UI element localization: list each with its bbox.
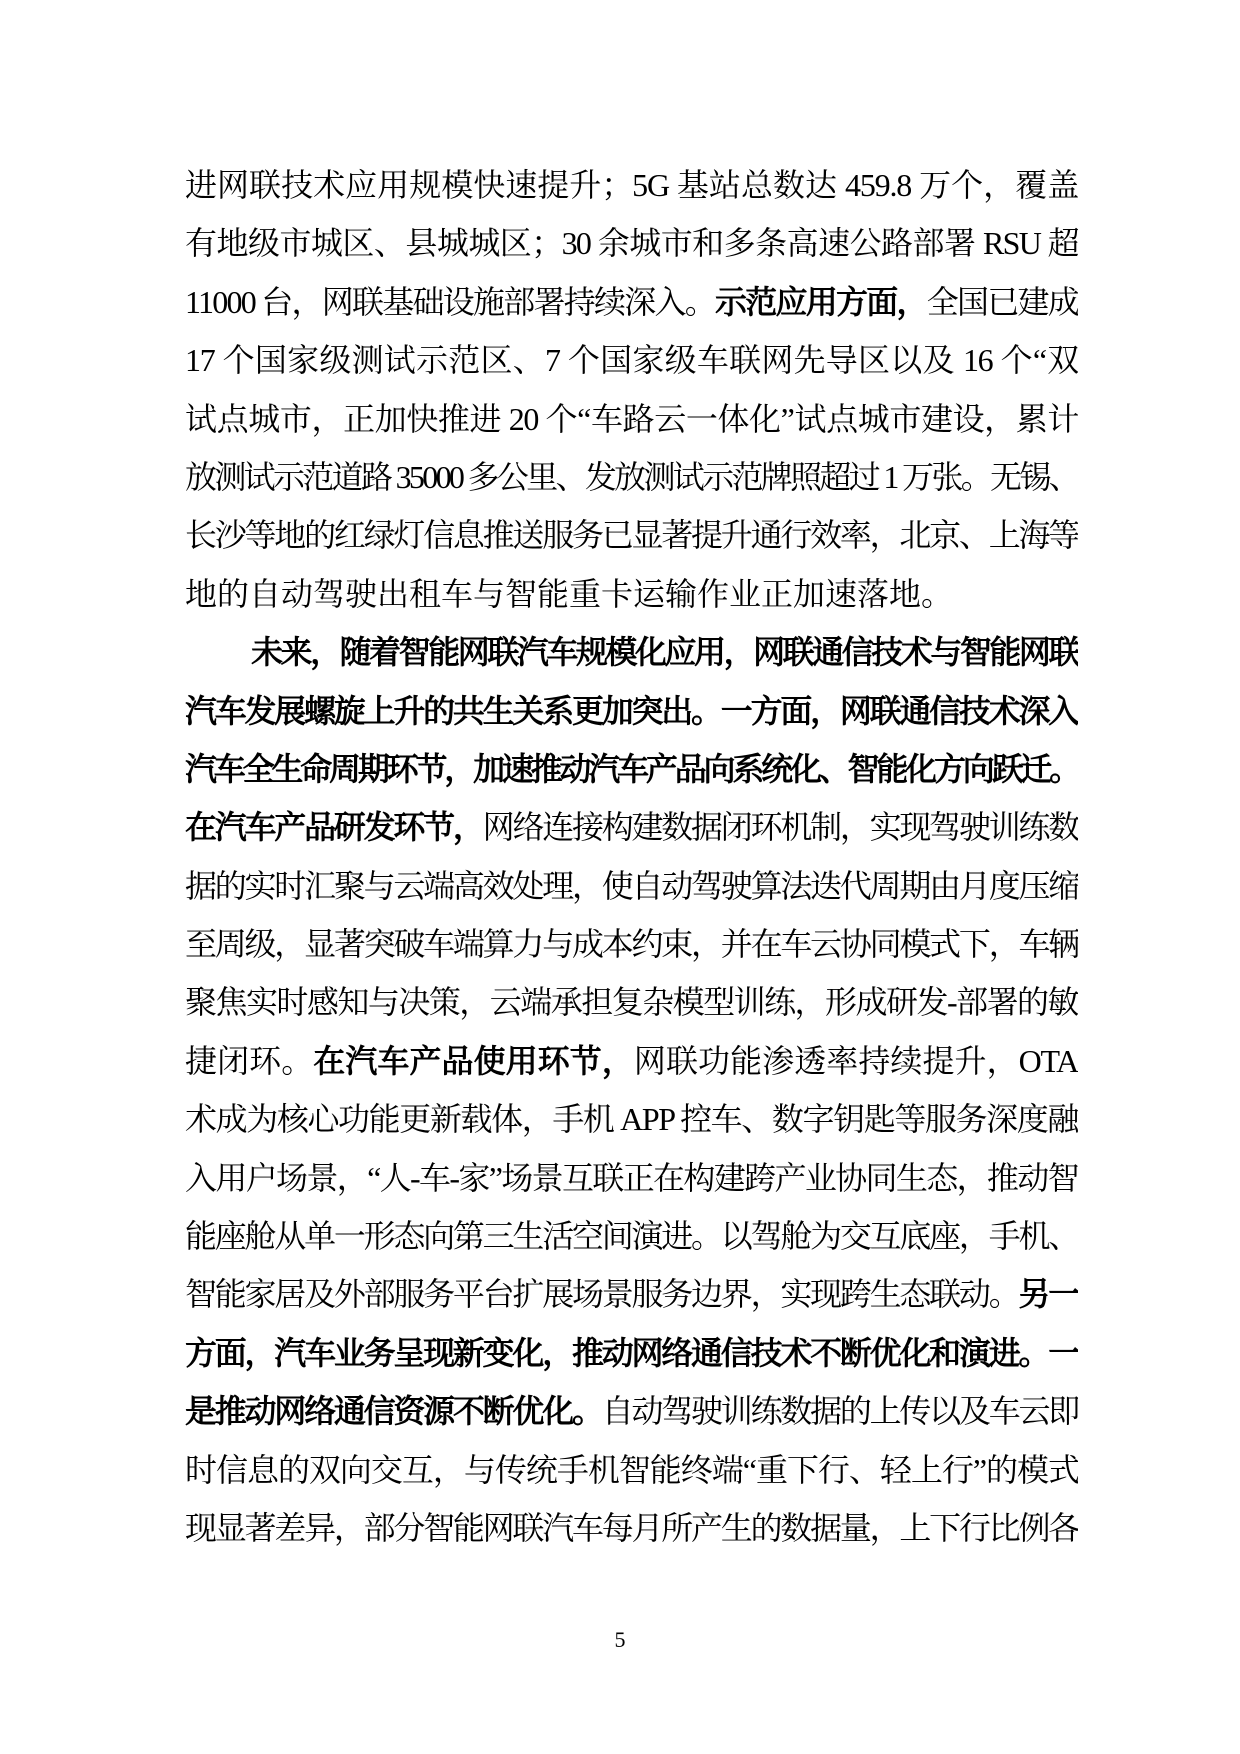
text-run-regular: 长沙等地的红绿灯信息推送服务已显著提升通行效率，北京、上海等 — [185, 517, 1078, 553]
text-run-bold: 在汽车产品研发环节， — [185, 809, 483, 845]
text-run-regular: 入用户场景，“人-车-家”场景互联正在构建跨产业协同生态，推动智 — [185, 1160, 1078, 1196]
text-run-regular: 至周级，显著突破车端算力与成本约束，并在车云协同模式下，车辆 — [185, 926, 1078, 962]
text-block: 进网联技术应用规模快速提升；5G 基站总数达 459.8 万个，覆盖所有地级市城… — [185, 156, 1078, 1557]
text-line: 入用户场景，“人-车-家”场景互联正在构建跨产业协同生态，推动智 — [185, 1149, 1078, 1207]
text-line: 放测试示范道路 35000 多公里、发放测试示范牌照超过 1 万张。无锡、 — [185, 448, 1078, 506]
text-line: 未来，随着智能网联汽车规模化应用，网联通信技术与智能网联 — [185, 623, 1078, 681]
text-run-regular: 捷闭环。 — [185, 1043, 313, 1079]
text-run-regular: 进网联技术应用规模快速提升；5G 基站总数达 459.8 万个，覆盖所 — [185, 167, 1078, 214]
text-run-regular: 网络连接构建数据闭环机制，实现驾驶训练数 — [483, 809, 1078, 845]
text-run-bold: 在汽车产品使用环节， — [313, 1043, 634, 1079]
document-page: 进网联技术应用规模快速提升；5G 基站总数达 459.8 万个，覆盖所有地级市城… — [0, 0, 1240, 1754]
text-line: 进网联技术应用规模快速提升；5G 基站总数达 459.8 万个，覆盖所 — [185, 156, 1078, 214]
paragraph-future-outlook: 未来，随着智能网联汽车规模化应用，网联通信技术与智能网联汽车发展螺旋上升的共生关… — [185, 623, 1078, 1557]
text-line: 是推动网络通信资源不断优化。自动驾驶训练数据的上传以及车云即 — [185, 1382, 1078, 1440]
text-run-regular: 能座舱从单一形态向第三生活空间演进。以驾舱为交互底座，手机、 — [185, 1218, 1078, 1254]
text-run-regular: 放测试示范道路 35000 多公里、发放测试示范牌照超过 1 万张。无锡、 — [185, 459, 1078, 495]
text-line: 17 个国家级测试示范区、7 个国家级车联网先导区以及 16 个“双智” — [185, 331, 1078, 389]
text-line: 长沙等地的红绿灯信息推送服务已显著提升通行效率，北京、上海等 — [185, 506, 1078, 564]
text-run-regular: 全国已建成 — [927, 284, 1078, 320]
text-run-bold: 汽车发展螺旋上升的共生关系更加突出。一方面，网联通信技术深入 — [185, 693, 1078, 729]
text-run-regular: 现显著差异，部分智能网联汽车每月所产生的数据量，上下行比例各 — [185, 1510, 1078, 1546]
text-run-regular: 智能家居及外部服务平台扩展场景服务边界，实现跨生态联动。 — [185, 1276, 1018, 1312]
text-line: 至周级，显著突破车端算力与成本约束，并在车云协同模式下，车辆 — [185, 915, 1078, 973]
text-run-regular: 据的实时汇聚与云端高效处理，使自动驾驶算法迭代周期由月度压缩 — [185, 868, 1078, 904]
text-line: 汽车发展螺旋上升的共生关系更加突出。一方面，网联通信技术深入 — [185, 682, 1078, 740]
text-line: 时信息的双向交互，与传统手机智能终端“重下行、轻上行”的模式呈 — [185, 1441, 1078, 1499]
text-run-regular: 聚焦实时感知与决策，云端承担复杂模型训练，形成研发-部署的敏 — [185, 984, 1078, 1020]
text-line: 有地级市城区、县城城区；30 余城市和多条高速公路部署 RSU 超过 — [185, 214, 1078, 272]
text-line: 智能家居及外部服务平台扩展场景服务边界，实现跨生态联动。另一 — [185, 1265, 1078, 1323]
text-run-regular: 地的自动驾驶出租车与智能重卡运输作业正加速落地。 — [185, 576, 953, 612]
page-footer: 5 — [0, 1626, 1240, 1654]
text-run-bold: 示范应用方面， — [715, 284, 927, 320]
text-run-regular: 自动驾驶训练数据的上传以及车云即 — [602, 1393, 1078, 1429]
page-number: 5 — [615, 1627, 626, 1652]
text-run-regular: 17 个国家级测试示范区、7 个国家级车联网先导区以及 16 个“双智” — [185, 342, 1078, 389]
text-line: 地的自动驾驶出租车与智能重卡运输作业正加速落地。 — [185, 565, 1078, 623]
text-run-bold: 另一 — [1018, 1276, 1078, 1312]
text-line: 现显著差异，部分智能网联汽车每月所产生的数据量，上下行比例各 — [185, 1499, 1078, 1557]
text-line: 捷闭环。在汽车产品使用环节，网联功能渗透率持续提升，OTA 技 — [185, 1032, 1078, 1090]
text-line: 据的实时汇聚与云端高效处理，使自动驾驶算法迭代周期由月度压缩 — [185, 857, 1078, 915]
text-line: 11000 台，网联基础设施部署持续深入。示范应用方面，全国已建成 — [185, 273, 1078, 331]
text-run-bold: 是推动网络通信资源不断优化。 — [185, 1393, 602, 1429]
text-line: 聚焦实时感知与决策，云端承担复杂模型训练，形成研发-部署的敏 — [185, 973, 1078, 1031]
text-run-bold: 未来，随着智能网联汽车规模化应用，网联通信技术与智能网联 — [251, 634, 1078, 670]
text-run-bold: 方面，汽车业务呈现新变化，推动网络通信技术不断优化和演进。一 — [185, 1335, 1078, 1371]
paragraph-network-deployment: 进网联技术应用规模快速提升；5G 基站总数达 459.8 万个，覆盖所有地级市城… — [185, 156, 1078, 623]
text-line: 试点城市，正加快推进 20 个“车路云一体化”试点城市建设，累计开 — [185, 390, 1078, 448]
text-run-regular: 有地级市城区、县城城区；30 余城市和多条高速公路部署 RSU 超过 — [185, 225, 1078, 272]
text-line: 在汽车产品研发环节，网络连接构建数据闭环机制，实现驾驶训练数 — [185, 798, 1078, 856]
text-run-regular: 时信息的双向交互，与传统手机智能终端“重下行、轻上行”的模式呈 — [185, 1452, 1078, 1499]
text-line: 能座舱从单一形态向第三生活空间演进。以驾舱为交互底座，手机、 — [185, 1207, 1078, 1265]
text-line: 术成为核心功能更新载体，手机 APP 控车、数字钥匙等服务深度融 — [185, 1090, 1078, 1148]
text-line: 方面，汽车业务呈现新变化，推动网络通信技术不断优化和演进。一 — [185, 1324, 1078, 1382]
text-run-bold: 汽车全生命周期环节，加速推动汽车产品向系统化、智能化方向跃迁。 — [185, 751, 1078, 787]
text-run-regular: 试点城市，正加快推进 20 个“车路云一体化”试点城市建设，累计开 — [185, 401, 1078, 448]
text-run-regular: 术成为核心功能更新载体，手机 APP 控车、数字钥匙等服务深度融 — [185, 1101, 1078, 1137]
text-line: 汽车全生命周期环节，加速推动汽车产品向系统化、智能化方向跃迁。 — [185, 740, 1078, 798]
text-run-regular: 11000 台，网联基础设施部署持续深入。 — [185, 284, 715, 320]
